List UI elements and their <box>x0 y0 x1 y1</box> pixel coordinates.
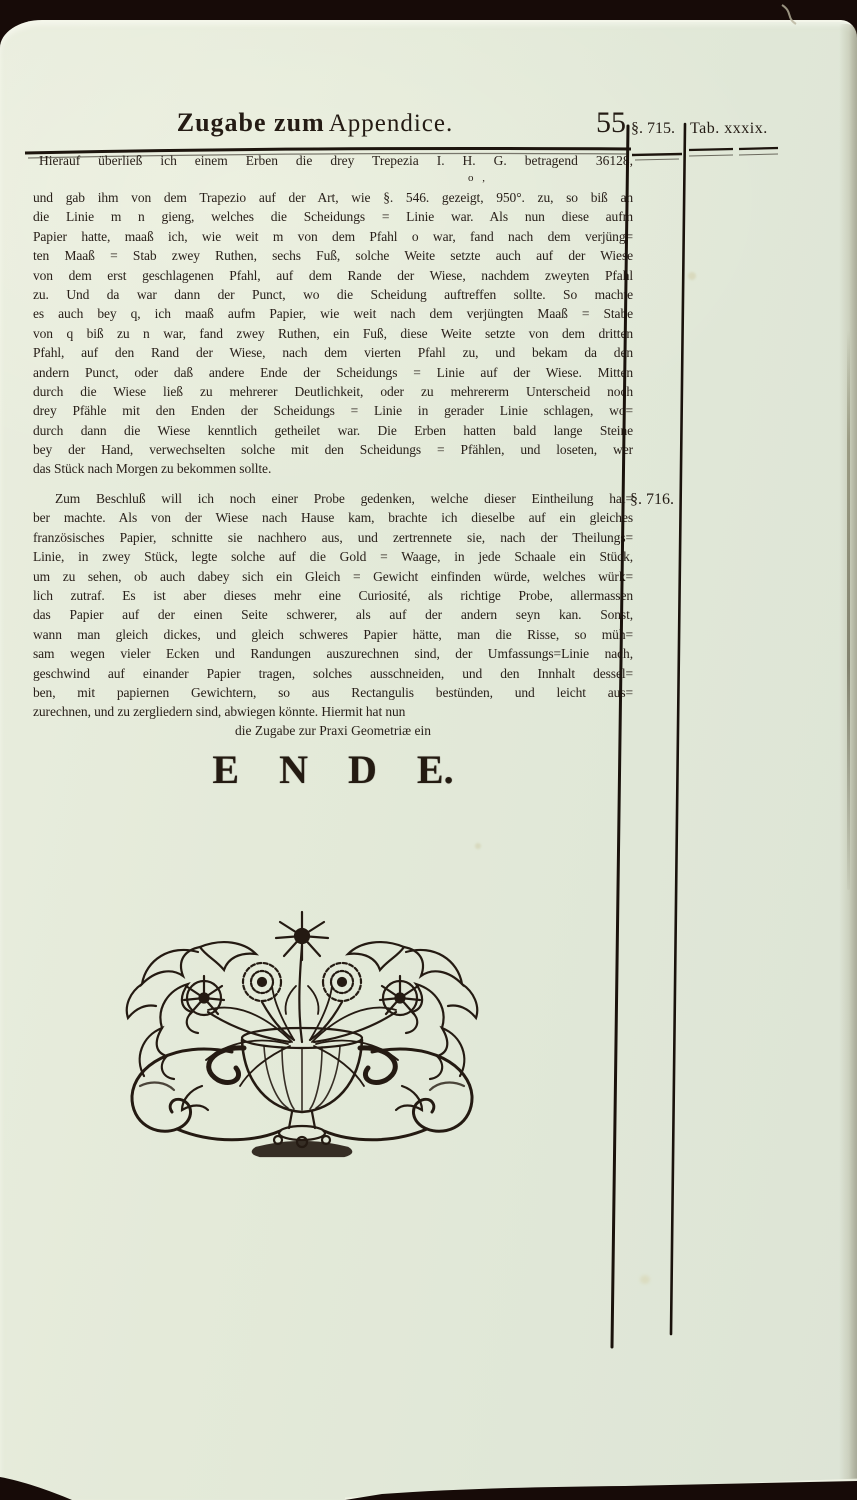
closing-centered-line: die Zugabe zur Praxi Geometriæ ein <box>33 721 633 740</box>
text-line: Zum Beschluß will ich noch einer Probe g… <box>33 489 633 508</box>
text-line: wann man gleich dickes, und gleich schwe… <box>33 625 633 644</box>
text-line: ben, mit papiernen Gewichtern, so aus Re… <box>33 683 633 702</box>
text-line: durch dann die Wiese kenntlich getheilet… <box>33 421 633 440</box>
ornament-rose-left <box>243 963 281 1001</box>
text-line: drey Pfähle mit den Enden der Scheidungs… <box>33 401 633 420</box>
text-line: von dem erst geschlagenen Pfahl, auf dem… <box>33 266 633 285</box>
text-line: ber machte. Als von der Wiese nach Hause… <box>33 508 633 527</box>
running-head-antiqua: Appendice. <box>329 110 454 137</box>
text-line: Linie, in zwey Stück, legte solche auf d… <box>33 547 633 566</box>
ornament-scrollwork-right <box>310 942 477 1140</box>
binding-crease <box>847 330 850 890</box>
text-line: geschwind auf einander Papier tragen, so… <box>33 664 633 683</box>
text-line: N <box>279 746 308 794</box>
text-line: ten Maaß = Stab zwey Ruthen, sechs Fuß, … <box>33 246 633 265</box>
ende-finis: ENDE. <box>60 746 606 794</box>
text-line: das Stück nach Morgen zu bekommen sollte… <box>33 459 633 478</box>
text-line: zurechnen, und zu zergliedern sind, abwi… <box>33 702 633 721</box>
text-line: das Papier auf der einen Seite schwerer,… <box>33 605 633 624</box>
page-number: 55 <box>580 106 626 140</box>
text-line: D <box>348 746 377 794</box>
book-page-scan: Zugabe zum Appendice. 55 §. 715. Tab. xx… <box>0 0 857 1500</box>
text-line: von q biß zu n war, fand zwey Ruthen, ei… <box>33 324 633 343</box>
ornament-flower-left <box>184 976 224 1015</box>
text-line: die Linie m n gieng, welches die Scheidu… <box>33 207 633 226</box>
text-line: bey der Hand, verwechselten solche mit d… <box>33 440 633 459</box>
floral-vase-ornament <box>82 890 522 1160</box>
text-line: lich zutraf. Es ist aber dieses mehr ein… <box>33 586 633 605</box>
margin-section-ref-715: §. 715. <box>631 120 675 138</box>
paragraph-715: und gab ihm von dem Trapezio auf der Art… <box>33 188 633 479</box>
paragraph-716: Zum Beschluß will ich noch einer Probe g… <box>33 489 633 722</box>
text-line: und gab ihm von dem Trapezio auf der Art… <box>33 188 633 207</box>
margin-table-ref: Tab. xxxix. <box>690 120 768 138</box>
text-line: französisches Papier, schnitte sie nachh… <box>33 528 633 547</box>
margin-section-ref-716: §. 716. <box>630 491 674 509</box>
running-head: Zugabe zum Appendice. <box>150 108 480 138</box>
superscript-mark: o , <box>468 172 488 184</box>
text-line: E. <box>417 746 454 794</box>
text-line: um zu sehen, ob auch dabey sich ein Glei… <box>33 567 633 586</box>
text-line: andern Punct, oder daß andere Ende der S… <box>33 363 633 382</box>
text-line: durch die Wiese ließ zu mehrerer Deutlic… <box>33 382 633 401</box>
text-line: Pfahl, auf den Rand der Wiese, nach dem … <box>33 343 633 362</box>
text-line: zu. Und da war dann der Punct, wo die Sc… <box>33 285 633 304</box>
text-line: es auch bey q, ich maaß aufm Papier, wie… <box>33 304 633 323</box>
text-line: Papier hatte, maaß ich, wie weit m von d… <box>33 227 633 246</box>
running-head-fraktur: Zugabe zum <box>177 108 325 137</box>
opening-line: Hierauf überließ ich einem Erben die dre… <box>33 151 633 170</box>
ornament-scrollwork-left <box>127 942 294 1140</box>
text-line: E <box>212 746 239 794</box>
text-line: sam wegen vieler Ecken und Randungen aus… <box>33 644 633 663</box>
